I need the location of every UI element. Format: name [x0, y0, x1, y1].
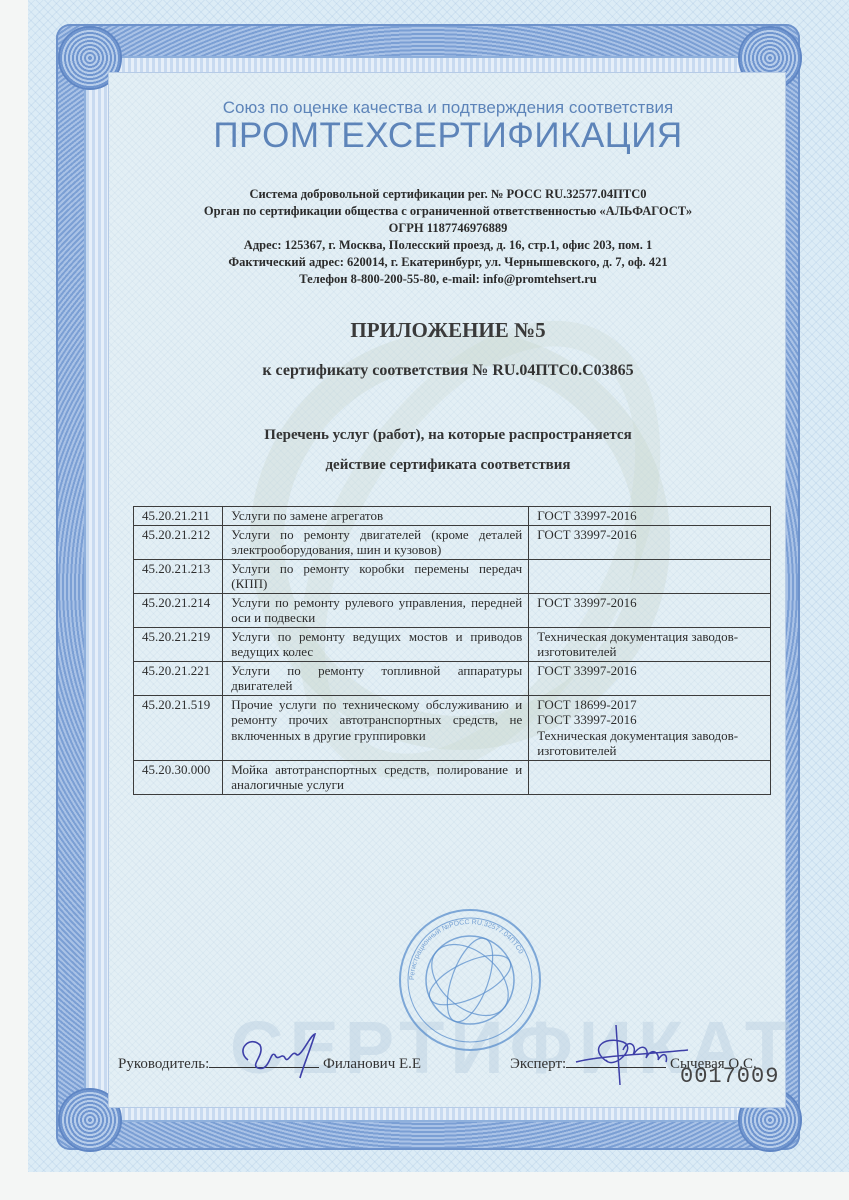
table-row: 45.20.21.211Услуги по замене агрегатовГО… — [134, 507, 771, 526]
appendix-title: ПРИЛОЖЕНИЕ №5 — [110, 318, 786, 343]
org-line: Телефон 8-800-200-55-80, e-mail: info@pr… — [110, 271, 786, 288]
certificate-reference: к сертификату соответствия № RU.04ПТС0.С… — [110, 362, 786, 380]
standard-ref: ГОСТ 33997-2016 — [537, 595, 764, 611]
table-row: 45.20.21.214Услуги по ремонту рулевого у… — [134, 593, 771, 627]
expert-label: Эксперт: — [510, 1056, 566, 1072]
service-description: Мойка автотранспортных средств, полирова… — [223, 760, 529, 794]
table-row: 45.20.21.213Услуги по ремонту коробки пе… — [134, 559, 771, 593]
service-standards: ГОСТ 33997-2016 — [529, 661, 771, 695]
service-description: Услуги по ремонту рулевого управления, п… — [223, 593, 529, 627]
table-row: 45.20.21.212Услуги по ремонту двигателей… — [134, 525, 771, 559]
service-standards: ГОСТ 18699-2017ГОСТ 33997-2016Техническа… — [529, 695, 771, 760]
table-row: 45.20.21.519Прочие услуги по техническом… — [134, 695, 771, 760]
expert-signature-icon — [568, 1020, 698, 1090]
table-row: 45.20.21.219Услуги по ремонту ведущих мо… — [134, 627, 771, 661]
head-label: Руководитель: — [118, 1056, 209, 1072]
service-description: Услуги по ремонту топливной аппаратуры д… — [223, 661, 529, 695]
registration-stamp-icon: Регистрационный №РОСС RU.32577.04ПТС0 — [395, 905, 545, 1055]
standard-ref: Техническая документация заводов-изготов… — [537, 629, 764, 660]
serial-number: 0017009 — [680, 1064, 779, 1089]
service-standards — [529, 760, 771, 794]
table-row: 45.20.21.221Услуги по ремонту топливной … — [134, 661, 771, 695]
printer-imprint — [300, 1163, 550, 1168]
standard-ref: ГОСТ 33997-2016 — [537, 663, 764, 679]
head-name: Филанович Е.Е — [323, 1056, 421, 1072]
standard-ref: ГОСТ 33997-2016 — [537, 508, 764, 524]
service-standards: Техническая документация заводов-изготов… — [529, 627, 771, 661]
standard-ref: ГОСТ 18699-2017 — [537, 697, 764, 713]
table-row: 45.20.30.000Мойка автотранспортных средс… — [134, 760, 771, 794]
organization-details: Система добровольной сертификации рег. №… — [110, 186, 786, 288]
service-description: Услуги по ремонту двигателей (кроме дета… — [223, 525, 529, 559]
org-line: Система добровольной сертификации рег. №… — [110, 186, 786, 203]
org-line: Адрес: 125367, г. Москва, Полесский прое… — [110, 237, 786, 254]
service-code: 45.20.21.213 — [134, 559, 223, 593]
union-name: Союз по оценке качества и подтверждения … — [110, 98, 786, 118]
service-standards: ГОСТ 33997-2016 — [529, 525, 771, 559]
services-table: 45.20.21.211Услуги по замене агрегатовГО… — [133, 506, 771, 795]
service-description: Услуги по ремонту ведущих мостов и приво… — [223, 627, 529, 661]
service-standards: ГОСТ 33997-2016 — [529, 593, 771, 627]
list-title-line: действие сертификата соответствия — [110, 450, 786, 480]
brand-title: ПРОМТЕХСЕРТИФИКАЦИЯ — [110, 116, 786, 156]
service-standards: ГОСТ 33997-2016 — [529, 507, 771, 526]
org-line: ОГРН 1187746976889 — [110, 220, 786, 237]
service-description: Услуги по ремонту коробки перемены перед… — [223, 559, 529, 593]
service-code: 45.20.21.211 — [134, 507, 223, 526]
service-code: 45.20.21.519 — [134, 695, 223, 760]
standard-ref: Техническая документация заводов-изготов… — [537, 728, 764, 759]
standard-ref: ГОСТ 33997-2016 — [537, 527, 764, 543]
head-signature-icon — [230, 1030, 330, 1080]
service-description: Прочие услуги по техническому обслуживан… — [223, 695, 529, 760]
services-list-title: Перечень услуг (работ), на которые распр… — [110, 420, 786, 480]
service-standards — [529, 559, 771, 593]
list-title-line: Перечень услуг (работ), на которые распр… — [110, 420, 786, 450]
service-description: Услуги по замене агрегатов — [223, 507, 529, 526]
service-code: 45.20.30.000 — [134, 760, 223, 794]
org-line: Орган по сертификации общества с огранич… — [110, 203, 786, 220]
service-code: 45.20.21.214 — [134, 593, 223, 627]
standard-ref: ГОСТ 33997-2016 — [537, 712, 764, 728]
org-line: Фактический адрес: 620014, г. Екатеринбу… — [110, 254, 786, 271]
service-code: 45.20.21.212 — [134, 525, 223, 559]
service-code: 45.20.21.219 — [134, 627, 223, 661]
service-code: 45.20.21.221 — [134, 661, 223, 695]
